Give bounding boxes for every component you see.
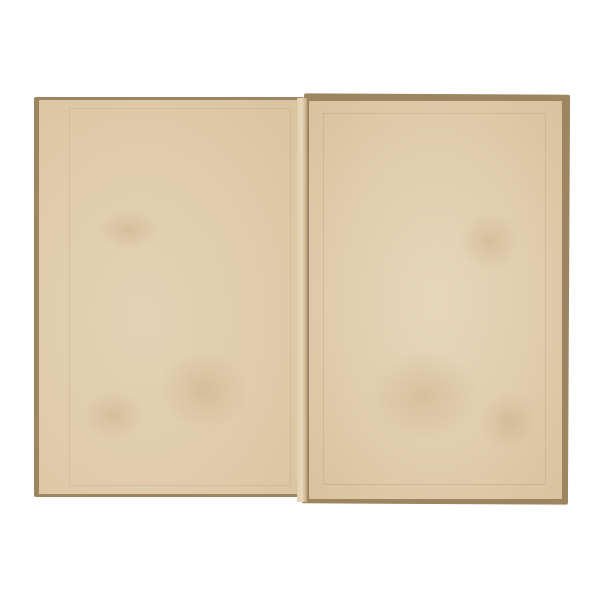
foxing-stain — [99, 210, 159, 250]
left-endpaper — [39, 100, 297, 494]
foxing-stain — [369, 351, 479, 441]
open-book — [0, 0, 600, 600]
right-endpaper — [309, 101, 562, 499]
foxing-stain — [84, 390, 144, 440]
book-spine-hinge — [297, 98, 309, 502]
foxing-stain — [459, 211, 519, 271]
foxing-stain — [159, 350, 249, 430]
foxing-stain — [479, 391, 539, 451]
